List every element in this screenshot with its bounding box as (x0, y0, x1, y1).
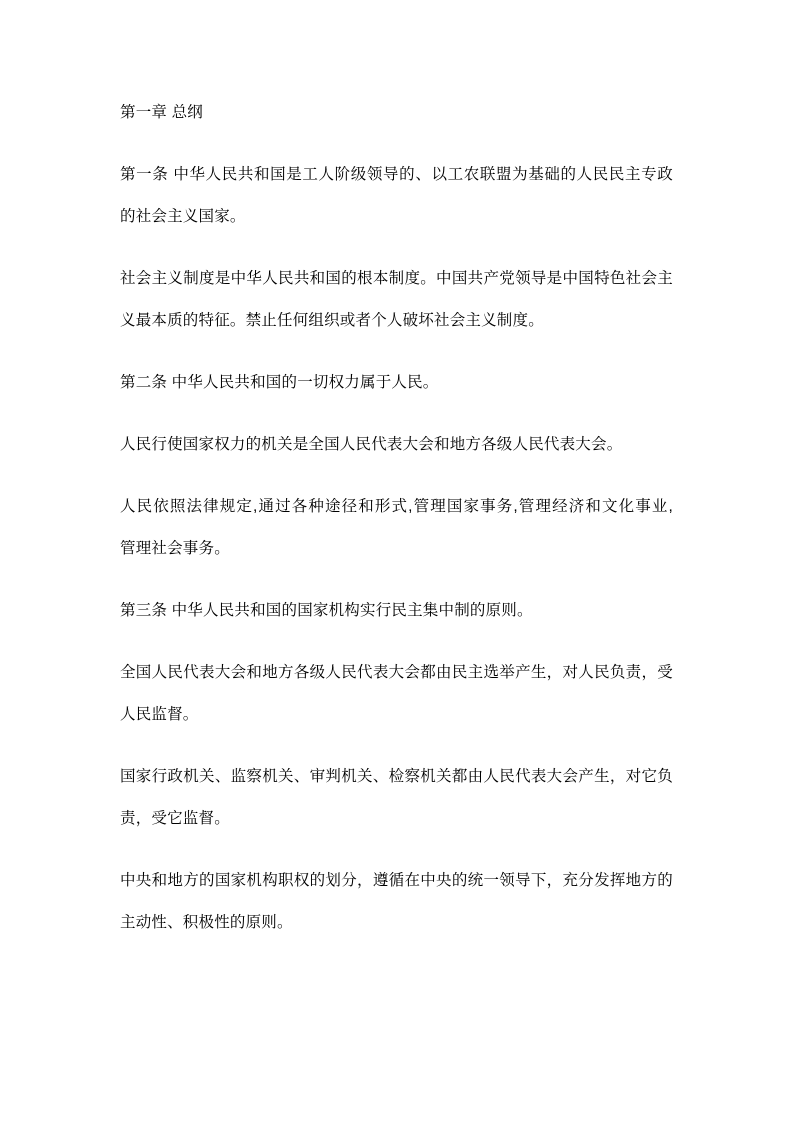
paragraph-people-manage-affairs: 人民依照法律规定,通过各种途径和形式,管理国家事务,管理经济和文化事业, 管理社… (120, 486, 673, 570)
text-line: 社会主义制度是中华人民共和国的根本制度。中国共产党领导是中国特色社会主 (120, 258, 673, 300)
paragraph-article-2: 第二条 中华人民共和国的一切权力属于人民。 (120, 362, 673, 404)
text-line: 中央和地方的国家机构职权的划分，遵循在中央的统一领导下，充分发挥地方的 (120, 860, 673, 902)
paragraph-article-3: 第三条 中华人民共和国的国家机构实行民主集中制的原则。 (120, 590, 673, 632)
paragraph-socialist-system: 社会主义制度是中华人民共和国的根本制度。中国共产党领导是中国特色社会主 义最本质… (120, 258, 673, 342)
paragraph-state-power-organs: 人民行使国家权力的机关是全国人民代表大会和地方各级人民代表大会。 (120, 424, 673, 466)
chapter-title-text: 第一章 总纲 (120, 92, 673, 134)
text-line: 国家行政机关、监察机关、审判机关、检察机关都由人民代表大会产生，对它负 (120, 756, 673, 798)
text-line: 第三条 中华人民共和国的国家机构实行民主集中制的原则。 (120, 590, 673, 632)
text-line: 责，受它监督。 (120, 798, 673, 840)
paragraph-central-local-division: 中央和地方的国家机构职权的划分，遵循在中央的统一领导下，充分发挥地方的 主动性、… (120, 860, 673, 944)
text-line: 义最本质的特征。禁止任何组织或者个人破坏社会主义制度。 (120, 300, 673, 342)
paragraph-state-organs-responsible: 国家行政机关、监察机关、审判机关、检察机关都由人民代表大会产生，对它负 责，受它… (120, 756, 673, 840)
text-line: 主动性、积极性的原则。 (120, 902, 673, 944)
text-line: 全国人民代表大会和地方各级人民代表大会都由民主选举产生，对人民负责，受 (120, 652, 673, 694)
text-line: 人民行使国家权力的机关是全国人民代表大会和地方各级人民代表大会。 (120, 424, 673, 466)
text-line: 第二条 中华人民共和国的一切权力属于人民。 (120, 362, 673, 404)
paragraph-congresses-elected: 全国人民代表大会和地方各级人民代表大会都由民主选举产生，对人民负责，受 人民监督… (120, 652, 673, 736)
text-line: 人民依照法律规定,通过各种途径和形式,管理国家事务,管理经济和文化事业, (120, 486, 673, 528)
text-line: 的社会主义国家。 (120, 196, 673, 238)
document-page: 第一章 总纲 第一条 中华人民共和国是工人阶级领导的、以工农联盟为基础的人民民主… (0, 0, 793, 1122)
document-content: 第一章 总纲 第一条 中华人民共和国是工人阶级领导的、以工农联盟为基础的人民民主… (120, 92, 673, 964)
chapter-heading: 第一章 总纲 (120, 92, 673, 134)
text-line: 人民监督。 (120, 694, 673, 736)
text-line: 第一条 中华人民共和国是工人阶级领导的、以工农联盟为基础的人民民主专政 (120, 154, 673, 196)
paragraph-article-1: 第一条 中华人民共和国是工人阶级领导的、以工农联盟为基础的人民民主专政 的社会主… (120, 154, 673, 238)
text-line: 管理社会事务。 (120, 528, 673, 570)
